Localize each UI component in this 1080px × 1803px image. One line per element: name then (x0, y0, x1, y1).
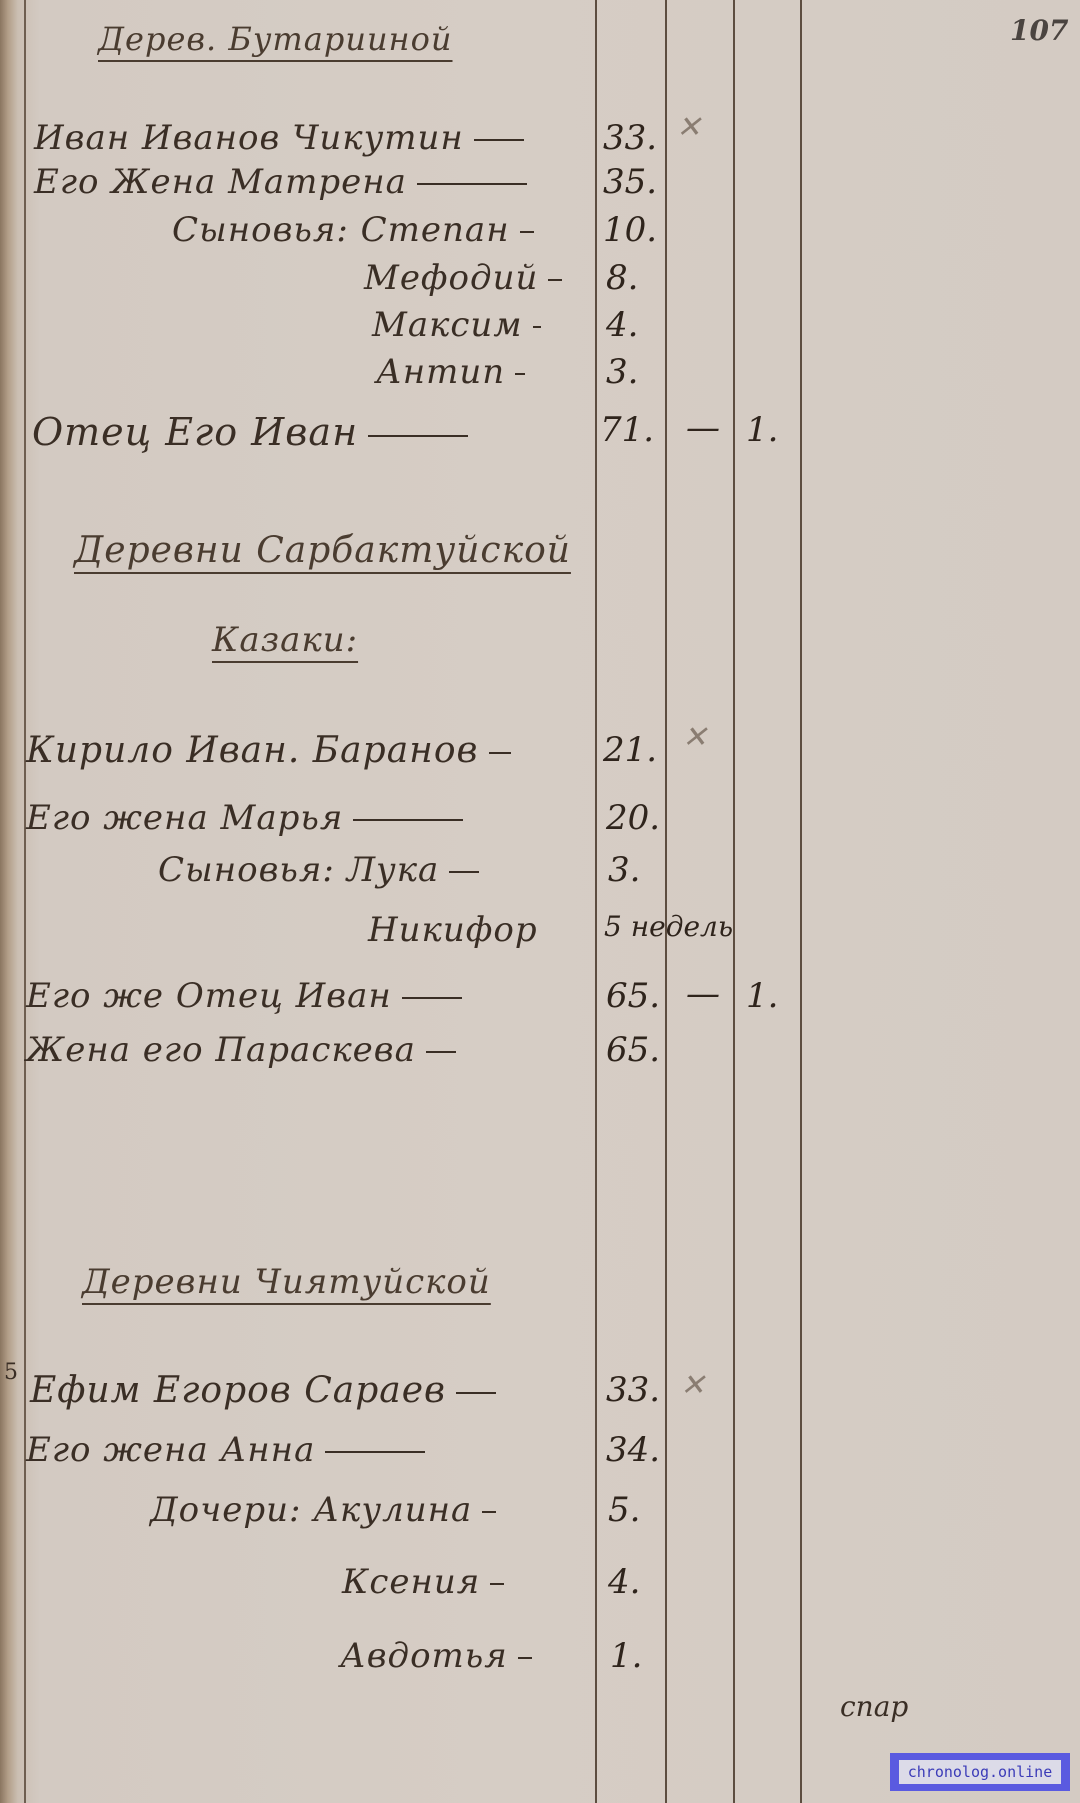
entry-age: 65. (606, 976, 660, 1016)
entry-name: Его Жена Матрена (34, 162, 527, 202)
watermark-badge: chronolog.online (890, 1753, 1070, 1791)
entry-age: 20. (606, 798, 660, 838)
entry-name: Его же Отец Иван (26, 976, 462, 1016)
section-heading: Дерев. Бутарииной (98, 20, 453, 58)
entry-name: Никифор (368, 910, 538, 950)
entry-name: Авдотья (340, 1636, 532, 1676)
entry-mark: — (686, 974, 720, 1014)
entry-mark: ✕ (680, 1368, 705, 1403)
entry-age: 34. (606, 1430, 660, 1470)
section-heading: Деревни Чиятуйской (82, 1262, 491, 1302)
page-number: 107 (1010, 14, 1068, 47)
entry-col3: 1. (746, 976, 778, 1016)
entry-name: Иван Иванов Чикутин (34, 118, 524, 158)
entry-name: Отец Его Иван (32, 410, 468, 454)
entry-name: Ефим Егоров Сараев (30, 1370, 496, 1411)
margin-entry-number: 5 (4, 1360, 18, 1385)
entry-age: 10. (603, 210, 657, 250)
entry-name: Дочери: Акулина (150, 1490, 496, 1530)
entry-age: 65. (606, 1030, 660, 1070)
column-rule-name-age (595, 0, 597, 1803)
entry-mark: — (686, 408, 720, 448)
entry-name: Антип (376, 352, 525, 392)
entry-age: 5 недель (604, 910, 733, 943)
column-rule-age-mark (665, 0, 667, 1803)
entry-col3: 1. (746, 410, 778, 450)
entry-name: Его жена Анна (26, 1430, 425, 1470)
column-rule-right (800, 0, 802, 1803)
entry-age: 21. (603, 730, 657, 770)
entry-name: Сыновья: Лука (158, 850, 479, 890)
entry-age: 5. (608, 1490, 640, 1530)
entry-age: 35. (603, 162, 657, 202)
column-rule-mark-col3 (733, 0, 735, 1803)
entry-age: 3. (608, 850, 640, 890)
left-margin-rule (24, 0, 26, 1803)
watermark-text: chronolog.online (899, 1760, 1062, 1784)
entry-age: 3. (606, 352, 638, 392)
entry-name: Кирило Иван. Баранов (26, 730, 511, 771)
entry-age: 33. (606, 1370, 660, 1410)
bottom-margin-note: спар (840, 1690, 908, 1723)
entry-age: 4. (606, 305, 638, 345)
entry-age: 71. (600, 410, 654, 450)
entry-name: Максим (372, 305, 541, 345)
entry-name: Мефодий (364, 258, 562, 298)
entry-name: Сыновья: Степан (172, 210, 534, 250)
section-heading: Деревни Сарбактуйской (74, 530, 571, 571)
document-page: 107 Дерев. Бутарииной Иван Иванов Чикути… (0, 0, 1080, 1803)
entry-age: 4. (608, 1562, 640, 1602)
entry-name: Жена его Параскева (26, 1030, 456, 1070)
entry-age: 33. (603, 118, 657, 158)
entry-name: Ксения (342, 1562, 504, 1602)
entry-mark: ✕ (676, 110, 701, 145)
entry-age: 1. (610, 1636, 642, 1676)
section-subheading: Казаки: (212, 620, 358, 660)
entry-mark: ✕ (682, 720, 707, 755)
entry-name: Его жена Марья (26, 798, 463, 838)
entry-age: 8. (606, 258, 638, 298)
